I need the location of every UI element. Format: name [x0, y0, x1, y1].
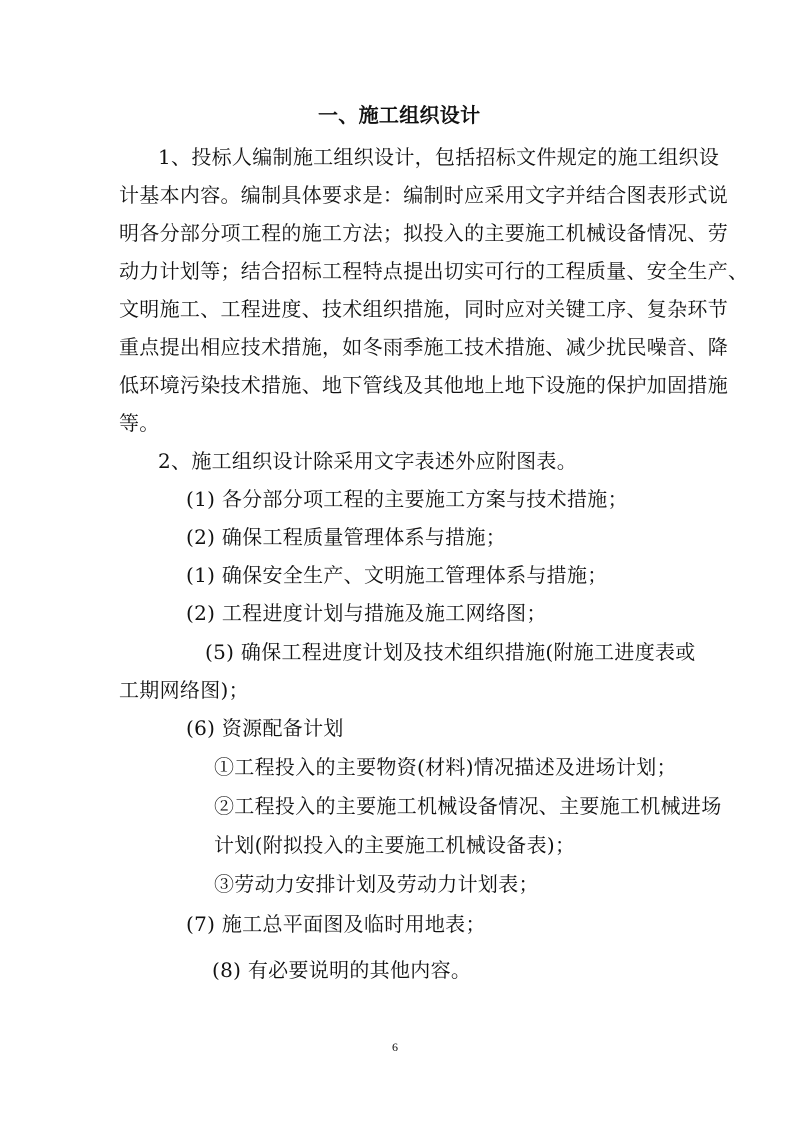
sub-item-2-line-2: 计划(附拟投入的主要施工机械设备表)； — [214, 833, 575, 857]
paragraph-1-line-1: 1、投标人编制施工组织设计，包括招标文件规定的施工组织设 — [158, 145, 674, 169]
paragraph-1-line-2: 计基本内容。编制具体要求是：编制时应采用文字并结合图表形式说 — [119, 183, 675, 207]
paragraph-1-line-7: 低环境污染技术措施、地下管线及其他地上地下设施的保护加固措施 — [119, 373, 675, 397]
section-title: 一、施工组织设计 — [318, 103, 480, 127]
paragraph-1-line-4: 动力计划等；结合招标工程特点提出切实可行的工程质量、安全生产、 — [119, 259, 675, 283]
list-item-6: (6) 资源配备计划 — [186, 716, 344, 740]
list-item-5-line-1: (5) 确保工程进度计划及技术组织措施(附施工进度表或 — [205, 640, 696, 664]
paragraph-1-line-3: 明各分部分项工程的施工方法；拟投入的主要施工机械设备情况、劳 — [119, 221, 675, 245]
paragraph-1-line-5: 文明施工、工程进度、技术组织措施，同时应对关键工序、复杂环节 — [119, 297, 675, 321]
list-item-1: (1) 各分部分项工程的主要施工方案与技术措施； — [186, 487, 628, 511]
sub-item-2-line-1: ②工程投入的主要施工机械设备情况、主要施工机械进场 — [214, 794, 722, 818]
list-item-3: (1) 确保安全生产、文明施工管理体系与措施； — [186, 563, 608, 587]
paragraph-1-line-8: 等。 — [119, 411, 160, 435]
list-item-2: (2) 确保工程质量管理体系与措施； — [186, 525, 506, 549]
sub-item-1: ①工程投入的主要物资(材料)情况描述及进场计划； — [214, 755, 677, 779]
list-item-8: (8) 有必要说明的其他内容。 — [212, 958, 471, 982]
paragraph-2: 2、施工组织设计除采用文字表述外应附图表。 — [158, 449, 577, 473]
sub-item-3: ③劳动力安排计划及劳动力计划表； — [214, 872, 539, 896]
list-item-5-line-2: 工期网络图)； — [119, 678, 249, 702]
page-number: 6 — [392, 1040, 398, 1055]
paragraph-1-line-6: 重点提出相应技术措施，如冬雨季施工技术措施、减少扰民噪音、降 — [119, 335, 675, 359]
list-item-4: (2) 工程进度计划与措施及施工网络图； — [186, 601, 547, 625]
list-item-7: (7) 施工总平面图及临时用地表； — [186, 912, 486, 936]
document-page: 一、施工组织设计 1、投标人编制施工组织设计，包括招标文件规定的施工组织设 计基… — [0, 0, 793, 1122]
